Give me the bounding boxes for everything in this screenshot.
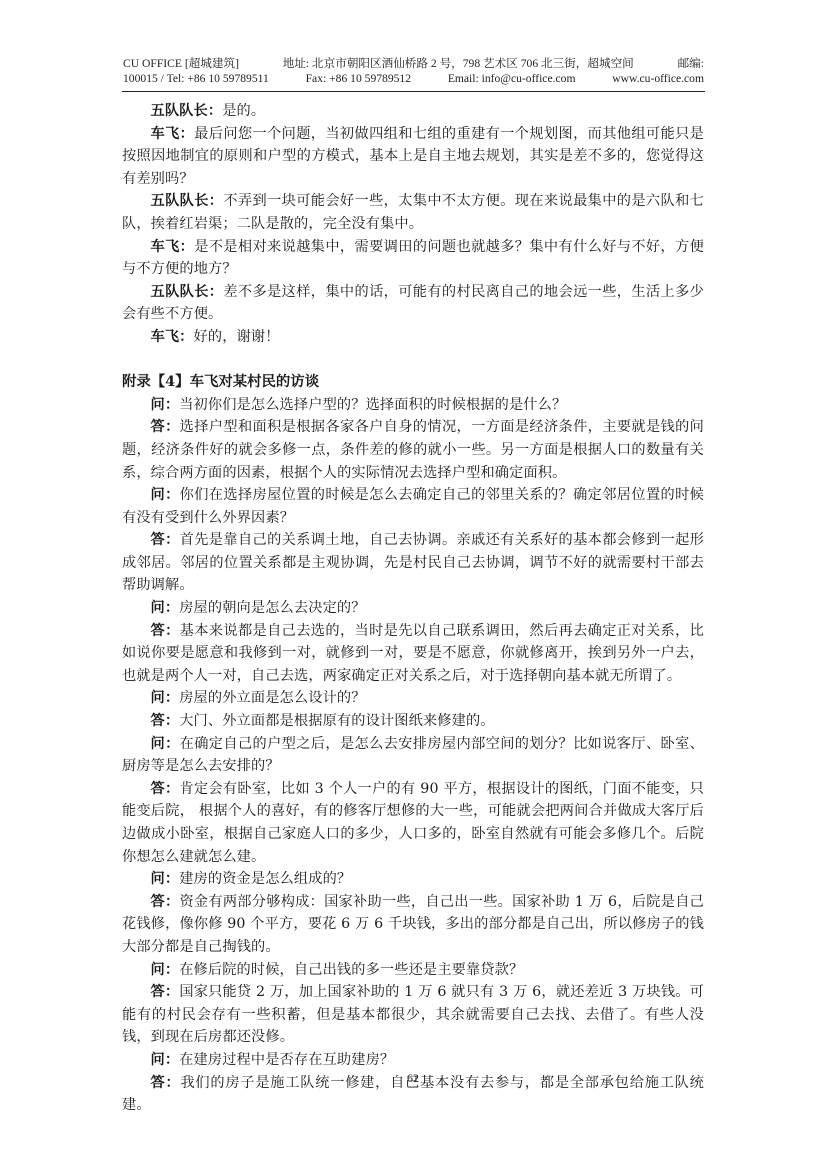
dialogue-paragraph: 问：建房的资金是怎么组成的？ (122, 868, 704, 891)
dialogue-text: 在确定自己的户型之后，是怎么去安排房屋内部空间的划分？比如说客厅、卧室、厨房等是… (122, 736, 704, 775)
fax: Fax: +86 10 59789512 (306, 71, 411, 86)
dialogue-paragraph: 问：在修后院的时候，自己出钱的多一些还是主要靠贷款？ (122, 959, 704, 982)
speaker-label: 答： (151, 623, 180, 639)
dialogue-text: 选择户型和面积是根据各家各户自身的情况，一方面是经济条件，主要就是钱的问题，经济… (122, 419, 704, 480)
speaker-label: 答： (151, 713, 180, 729)
dialogue-paragraph: 答：选择户型和面积是根据各家各户自身的情况，一方面是经济条件，主要就是钱的问题，… (122, 416, 704, 484)
postcode-label: 邮编: (678, 56, 704, 71)
speaker-label: 答： (151, 894, 180, 910)
dialogue-text: 基本来说都是自己去选的，当时是先以自己联系调田，然后再去确定正对关系，比如说你要… (122, 623, 704, 684)
dialogue-text: 建房的资金是怎么组成的？ (179, 871, 351, 887)
speaker-label: 问： (151, 397, 180, 413)
dialogue-paragraph: 问：房屋的朝向是怎么去决定的？ (122, 597, 704, 620)
company-address: 地址: 北京市朝阳区酒仙桥路 2 号，798 艺术区 706 北三街，超城空间 (283, 56, 634, 71)
website: www.cu-office.com (612, 71, 704, 86)
speaker-label: 五队队长： (151, 284, 224, 300)
dialogue-paragraph: 五队队长：不弄到一块可能会好一些，太集中不太方便。现在来说最集中的是六队和七队，… (122, 190, 704, 235)
dialogue-text: 国家只能贷 2 万，加上国家补助的 1 万 6 就只有 3 万 6，就还差近 3… (122, 984, 704, 1045)
postcode-tel: 100015 / Tel: +86 10 59789511 (123, 71, 269, 86)
dialogue-text: 资金有两部分够构成：国家补助一些，自己出一些。国家补助 1 万 6，后院是自己花… (122, 894, 704, 955)
dialogue-paragraph: 答：资金有两部分够构成：国家补助一些，自己出一些。国家补助 1 万 6，后院是自… (122, 891, 704, 959)
dialogue-paragraph: 问：房屋的外立面是怎么设计的？ (122, 687, 704, 710)
header-line-1: CU OFFICE [超城建筑] 地址: 北京市朝阳区酒仙桥路 2 号，798 … (123, 56, 704, 71)
page-body: 五队队长：是的。车飞：最后问您一个问题，当初做四组和七组的重建有一个规划图，而其… (122, 100, 704, 1117)
dialogue-text: 好的，谢谢！ (194, 329, 280, 345)
dialogue-text: 在建房过程中是否存在互助建房？ (179, 1052, 394, 1068)
dialogue-paragraph: 车飞：是不是相对来说越集中，需要调田的问题也就越多？集中有什么好与不好，方便与不… (122, 236, 704, 281)
dialogue-paragraph: 五队队长：是的。 (122, 100, 704, 123)
dialogue-text: 肯定会有卧室，比如 3 个人一户的有 90 平方，根据设计的图纸，门面不能变，只… (122, 781, 704, 865)
speaker-label: 问： (151, 962, 180, 978)
dialogue-text: 是不是相对来说越集中，需要调田的问题也就越多？集中有什么好与不好，方便与不方便的… (122, 239, 704, 278)
speaker-label: 问： (151, 690, 180, 706)
page-header: CU OFFICE [超城建筑] 地址: 北京市朝阳区酒仙桥路 2 号，798 … (123, 56, 704, 86)
dialogue-paragraph: 车飞：好的，谢谢！ (122, 326, 704, 349)
speaker-label: 问： (151, 487, 180, 503)
dialogue-text: 在修后院的时候，自己出钱的多一些还是主要靠贷款？ (179, 962, 523, 978)
dialogue-paragraph: 答：肯定会有卧室，比如 3 个人一户的有 90 平方，根据设计的图纸，门面不能变… (122, 778, 704, 868)
page-number: 62 (0, 1071, 826, 1086)
dialogue-text: 最后问您一个问题，当初做四组和七组的重建有一个规划图，而其他组可能只是按照因地制… (122, 126, 704, 187)
speaker-label: 答： (151, 781, 180, 797)
speaker-label: 问： (151, 736, 180, 752)
header-line-2: 100015 / Tel: +86 10 59789511 Fax: +86 1… (123, 71, 704, 86)
dialogue-paragraph: 车飞：最后问您一个问题，当初做四组和七组的重建有一个规划图，而其他组可能只是按照… (122, 123, 704, 191)
dialogue-text: 房屋的朝向是怎么去决定的？ (179, 600, 365, 616)
dialogue-paragraph: 问：当初你们是怎么选择户型的？选择面积的时候根据的是什么？ (122, 394, 704, 417)
dialogue-paragraph: 答：大门、外立面都是根据原有的设计图纸来修建的。 (122, 710, 704, 733)
speaker-label: 答： (151, 532, 180, 548)
dialogue-text: 房屋的外立面是怎么设计的？ (179, 690, 365, 706)
speaker-label: 车飞： (151, 329, 194, 345)
speaker-label: 车飞： (151, 239, 195, 255)
document-page: CU OFFICE [超城建筑] 地址: 北京市朝阳区酒仙桥路 2 号，798 … (0, 0, 826, 1169)
dialogue-paragraph: 问：在建房过程中是否存在互助建房？ (122, 1049, 704, 1072)
dialogue-text: 当初你们是怎么选择户型的？选择面积的时候根据的是什么？ (179, 397, 566, 413)
speaker-label: 问： (151, 871, 180, 887)
appendix-title: 附录【4】车飞对某村民的访谈 (122, 371, 704, 394)
dialogue-paragraph: 答：首先是靠自己的关系调土地，自己去协调。亲戚还有关系好的基本都会修到一起形成邻… (122, 529, 704, 597)
email: Email: info@cu-office.com (448, 71, 576, 86)
speaker-label: 答： (151, 984, 180, 1000)
interview-section-villager: 问：当初你们是怎么选择户型的？选择面积的时候根据的是什么？答：选择户型和面积是根… (122, 394, 704, 1117)
speaker-label: 五队队长： (151, 103, 223, 119)
dialogue-paragraph: 答：国家只能贷 2 万，加上国家补助的 1 万 6 就只有 3 万 6，就还差近… (122, 981, 704, 1049)
dialogue-paragraph: 问：在确定自己的户型之后，是怎么去安排房屋内部空间的划分？比如说客厅、卧室、厨房… (122, 733, 704, 778)
dialogue-paragraph: 五队队长：差不多是这样，集中的话，可能有的村民离自己的地会远一些，生活上多少会有… (122, 281, 704, 326)
speaker-label: 问： (151, 600, 180, 616)
speaker-label: 车飞： (151, 126, 195, 142)
dialogue-text: 是的。 (222, 103, 265, 119)
header-divider (122, 91, 705, 92)
speaker-label: 五队队长： (151, 193, 224, 209)
dialogue-text: 大门、外立面都是根据原有的设计图纸来修建的。 (179, 713, 494, 729)
interview-section-team-leader: 五队队长：是的。车飞：最后问您一个问题，当初做四组和七组的重建有一个规划图，而其… (122, 100, 704, 349)
dialogue-text: 你们在选择房屋位置的时候是怎么去确定自己的邻里关系的？确定邻居位置的时候有没有受… (122, 487, 704, 526)
dialogue-paragraph: 答：基本来说都是自己去选的，当时是先以自己联系调田，然后再去确定正对关系，比如说… (122, 620, 704, 688)
speaker-label: 答： (151, 419, 180, 435)
speaker-label: 问： (151, 1052, 180, 1068)
dialogue-paragraph: 问：你们在选择房屋位置的时候是怎么去确定自己的邻里关系的？确定邻居位置的时候有没… (122, 484, 704, 529)
company-name: CU OFFICE [超城建筑] (123, 56, 239, 71)
dialogue-text: 首先是靠自己的关系调土地，自己去协调。亲戚还有关系好的基本都会修到一起形成邻居。… (122, 532, 704, 593)
